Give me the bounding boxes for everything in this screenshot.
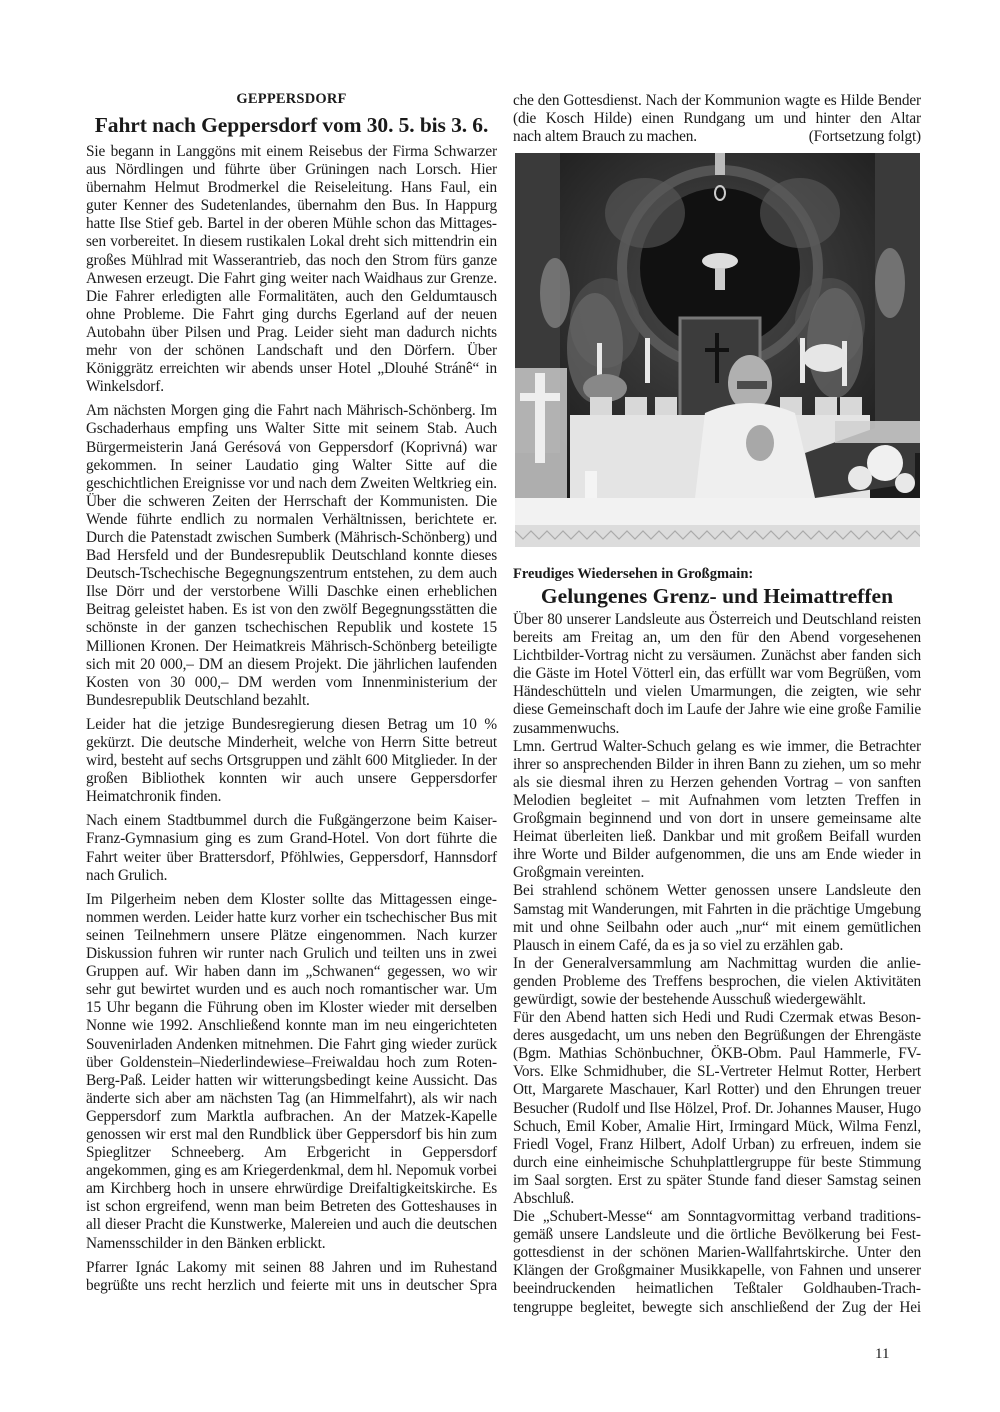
paragraph: Die „Schubert-Messe“ am Sonntagvormittag…	[513, 1208, 921, 1317]
article-body-left: Sie begann in Langgöns mit einem Reisebu…	[86, 143, 497, 1301]
photo-image	[515, 153, 920, 547]
paragraph-end: nach altem Brauch zu machen.	[513, 128, 697, 146]
continuation-last-line: nach altem Brauch zu machen. (Fortsetzun…	[513, 128, 921, 146]
paragraph: In der Generalversammlung am Nachmittag …	[513, 955, 921, 1009]
paragraph: Am nächsten Morgen ging die Fahrt nach M…	[86, 402, 497, 710]
paragraph: Für den Abend hatten sich Hedi und Rudi …	[513, 1009, 921, 1208]
article-continuation: che den Gottesdienst. Nach der Kommunion…	[513, 92, 921, 146]
continued-note: (Fortsetzung folgt)	[809, 128, 921, 146]
paragraph: Bei strahlend schönem Wetter genossen un…	[513, 882, 921, 954]
paragraph: Über 80 unserer Landsleute aus Österreic…	[513, 611, 921, 738]
article-title: Gelungenes Grenz- und Heimattreffen	[513, 584, 921, 609]
paragraph: Im Pilgerheim neben dem Kloster sollte d…	[86, 891, 497, 1253]
paragraph: che den Gottesdienst. Nach der Kommunion…	[513, 92, 921, 128]
paragraph: Pfarrer Ignác Lakomy mit seinen 88 Jahre…	[86, 1259, 497, 1295]
section-label: GEPPERSDORF	[86, 91, 497, 108]
paragraph: Sie begann in Langgöns mit einem Reisebu…	[86, 143, 497, 396]
paragraph: Nach einem Stadtbummel durch die Fußgäng…	[86, 812, 497, 884]
altar-photo	[515, 153, 920, 547]
page-number: 11	[875, 1346, 889, 1363]
article-body-right: Über 80 unserer Landsleute aus Österreic…	[513, 611, 921, 1317]
paragraph: Leider hat die jetzige Bundesregierung d…	[86, 716, 497, 806]
article-kicker: Freudiges Wiedersehen in Großgmain:	[513, 566, 921, 583]
article-title: Fahrt nach Geppersdorf vom 30. 5. bis 3.…	[86, 113, 497, 138]
paragraph: Lmn. Gertrud Walter-Schuch gelang es wie…	[513, 738, 921, 883]
